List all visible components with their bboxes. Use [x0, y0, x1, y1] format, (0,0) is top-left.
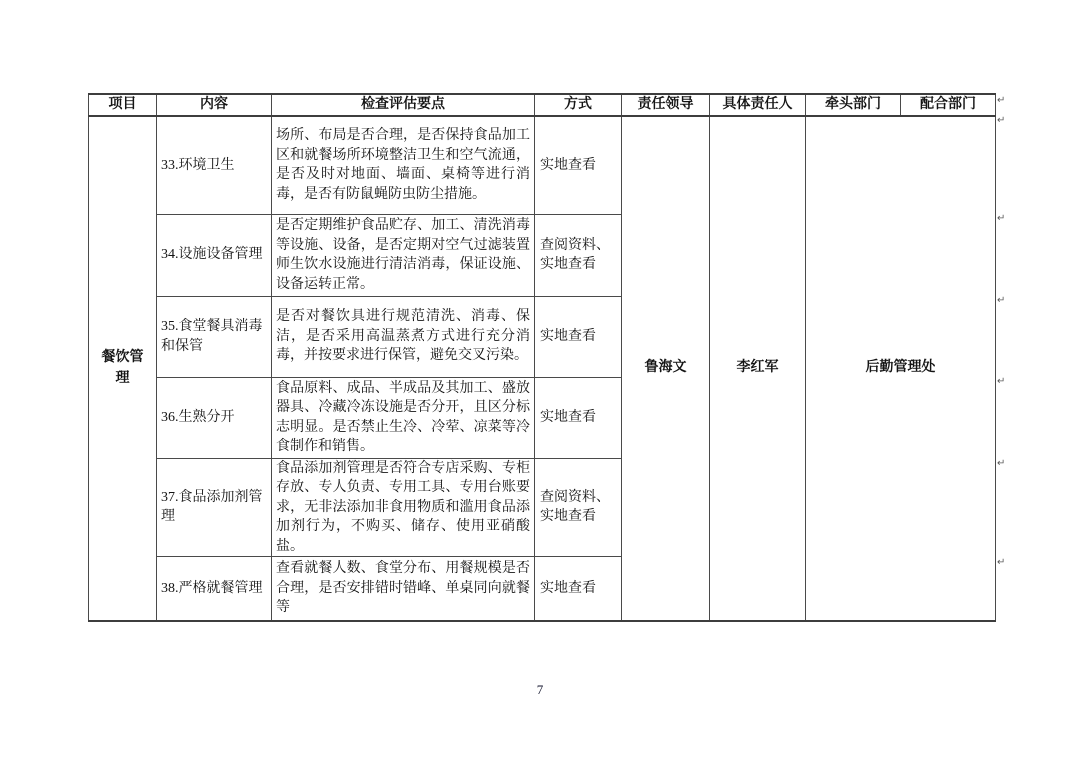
cell-leader: 鲁海文 — [622, 116, 710, 621]
paragraph-mark-icon: ↵ — [997, 115, 1009, 127]
cell-department: 后勤管理处 — [806, 116, 996, 621]
inspection-table: 项目 内容 检查评估要点 方式 责任领导 具体责任人 牵头部门 配合部门 餐饮管… — [88, 93, 996, 622]
col-header-lead-dept: 牵头部门 — [806, 94, 901, 116]
cell-responsible: 李红军 — [710, 116, 806, 621]
cell-method-37: 查阅资料、实地查看 — [535, 458, 622, 557]
cell-content-37: 37.食品添加剂管理 — [157, 458, 272, 557]
document-page: 项目 内容 检查评估要点 方式 责任领导 具体责任人 牵头部门 配合部门 餐饮管… — [0, 0, 1080, 763]
paragraph-mark-icon: ↵ — [997, 458, 1009, 470]
cell-project-category: 餐饮管理 — [89, 116, 157, 621]
paragraph-mark-icon: ↵ — [997, 295, 1009, 307]
cell-method-38: 实地查看 — [535, 557, 622, 621]
paragraph-mark-icon: ↵ — [997, 213, 1009, 225]
col-header-leader: 责任领导 — [622, 94, 710, 116]
cell-points-37: 食品添加剂管理是否符合专店采购、专柜存放、专人负责、专用工具、专用台账要求，无非… — [272, 458, 535, 557]
page-number: 7 — [0, 682, 1080, 698]
cell-points-33: 场所、布局是否合理，是否保持食品加工区和就餐场所环境整洁卫生和空气流通，是否及时… — [272, 116, 535, 214]
cell-method-35: 实地查看 — [535, 296, 622, 377]
cell-method-36: 实地查看 — [535, 377, 622, 458]
cell-points-34: 是否定期维护食品贮存、加工、清洗消毒等设施、设备，是否定期对空气过滤装置师生饮水… — [272, 214, 535, 296]
paragraph-mark-icon: ↵ — [997, 95, 1009, 107]
cell-content-35: 35.食堂餐具消毒和保管 — [157, 296, 272, 377]
cell-method-34: 查阅资料、实地查看 — [535, 214, 622, 296]
col-header-method: 方式 — [535, 94, 622, 116]
cell-content-34: 34.设施设备管理 — [157, 214, 272, 296]
cell-content-33: 33.环境卫生 — [157, 116, 272, 214]
col-header-responsible: 具体责任人 — [710, 94, 806, 116]
cell-points-38: 查看就餐人数、食堂分布、用餐规模是否合理，是否安排错时错峰、单桌同向就餐等 — [272, 557, 535, 621]
cell-content-38: 38.严格就餐管理 — [157, 557, 272, 621]
col-header-project: 项目 — [89, 94, 157, 116]
table-row-33: 餐饮管理 33.环境卫生 场所、布局是否合理，是否保持食品加工区和就餐场所环境整… — [89, 116, 996, 214]
paragraph-mark-icon: ↵ — [997, 557, 1009, 569]
table-header-row: 项目 内容 检查评估要点 方式 责任领导 具体责任人 牵头部门 配合部门 — [89, 94, 996, 116]
cell-points-36: 食品原料、成品、半成品及其加工、盛放器具、冷藏冷冻设施是否分开，且区分标志明显。… — [272, 377, 535, 458]
cell-method-33: 实地查看 — [535, 116, 622, 214]
col-header-content: 内容 — [157, 94, 272, 116]
cell-content-36: 36.生熟分开 — [157, 377, 272, 458]
paragraph-mark-icon: ↵ — [997, 376, 1009, 388]
col-header-support-dept: 配合部门 — [901, 94, 996, 116]
cell-points-35: 是否对餐饮具进行规范清洗、消毒、保洁，是否采用高温蒸煮方式进行充分消毒，并按要求… — [272, 296, 535, 377]
col-header-points: 检查评估要点 — [272, 94, 535, 116]
